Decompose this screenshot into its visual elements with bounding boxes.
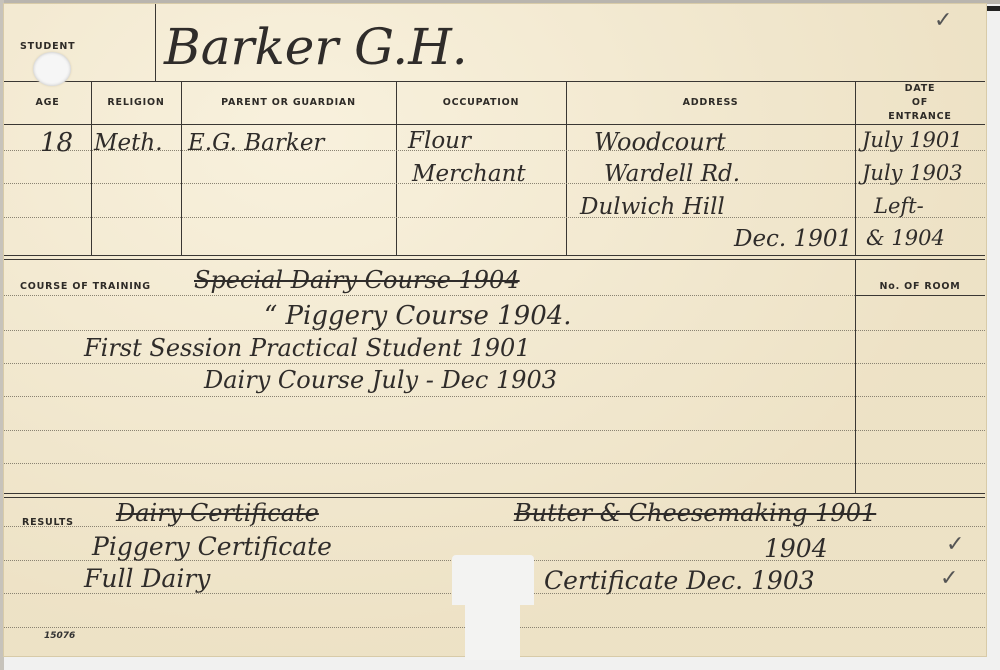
result-entry: Full Dairy [84, 564, 210, 593]
entrance-date-line: Left- [874, 194, 924, 218]
filing-notch-stem [465, 600, 520, 660]
date-label-line: ENTRANCE [855, 110, 985, 124]
result-entry: Certificate Dec. 1903 [544, 566, 815, 595]
ruled-line [4, 363, 985, 364]
filing-notch [452, 555, 534, 605]
course-of-training-label: COURSE OF TRAINING [20, 280, 151, 294]
section-divider [4, 259, 985, 260]
scan-frame-marker [985, 6, 1000, 11]
course-entry: Dairy Course July - Dec 1903 [204, 366, 557, 394]
age-label: AGE [4, 96, 91, 110]
ruled-line [4, 295, 855, 296]
address-line: Dulwich Hill [580, 194, 725, 220]
occupation-line: Flour [408, 128, 471, 154]
entrance-date-line: July 1903 [862, 161, 963, 185]
ruled-line [4, 396, 985, 397]
no-of-room-label: No. OF ROOM [855, 280, 985, 294]
ruled-line [4, 217, 985, 218]
ruled-line [4, 463, 985, 464]
result-entry: Piggery Certificate [92, 532, 332, 561]
course-entry-struck: Special Dairy Course 1904 [194, 266, 520, 294]
ruled-line [4, 430, 985, 431]
course-entry: First Session Practical Student 1901 [84, 334, 531, 362]
address-label: ADDRESS [566, 96, 855, 110]
occupation-label: OCCUPATION [396, 96, 566, 110]
date-label-line: OF [855, 96, 985, 110]
occupation-line: Merchant [412, 161, 526, 187]
date-label-line: DATE [855, 82, 985, 96]
student-label-divider [155, 4, 156, 81]
entrance-date-line: July 1901 [862, 128, 963, 152]
parent-guardian-value: E.G. Barker [188, 130, 324, 156]
entrance-date-line: & 1904 [866, 226, 945, 250]
result-entry-struck: Dairy Certificate [116, 499, 319, 527]
date-of-entrance-label: DATE OF ENTRANCE [855, 82, 985, 124]
address-line: Wardell Rd. [604, 161, 740, 187]
punch-hole [33, 52, 71, 86]
religion-value: Meth. [94, 130, 163, 156]
result-entry-struck: Butter & Cheesemaking 1901 [514, 499, 876, 527]
form-number: 15076 [44, 631, 75, 641]
student-name: Barker G.H. [164, 18, 468, 76]
section-divider [4, 497, 985, 498]
results-label: RESULTS [22, 516, 74, 530]
header-row-bottom-line [4, 124, 985, 125]
header-row-top-line [4, 81, 985, 82]
section-divider [4, 493, 985, 494]
address-line: Dec. 1901 [734, 226, 852, 252]
age-value: 18 [40, 128, 73, 158]
religion-label: RELIGION [91, 96, 181, 110]
parent-guardian-label: PARENT OR GUARDIAN [181, 96, 396, 110]
room-label-underline [855, 295, 985, 296]
address-line: Woodcourt [594, 128, 726, 156]
check-mark-icon: ✓ [946, 532, 964, 557]
check-mark-icon: ✓ [934, 8, 952, 33]
check-mark-icon: ✓ [940, 566, 958, 591]
result-entry: 1904 [764, 534, 828, 563]
course-entry: “ Piggery Course 1904. [264, 301, 572, 331]
section-divider [4, 255, 985, 256]
